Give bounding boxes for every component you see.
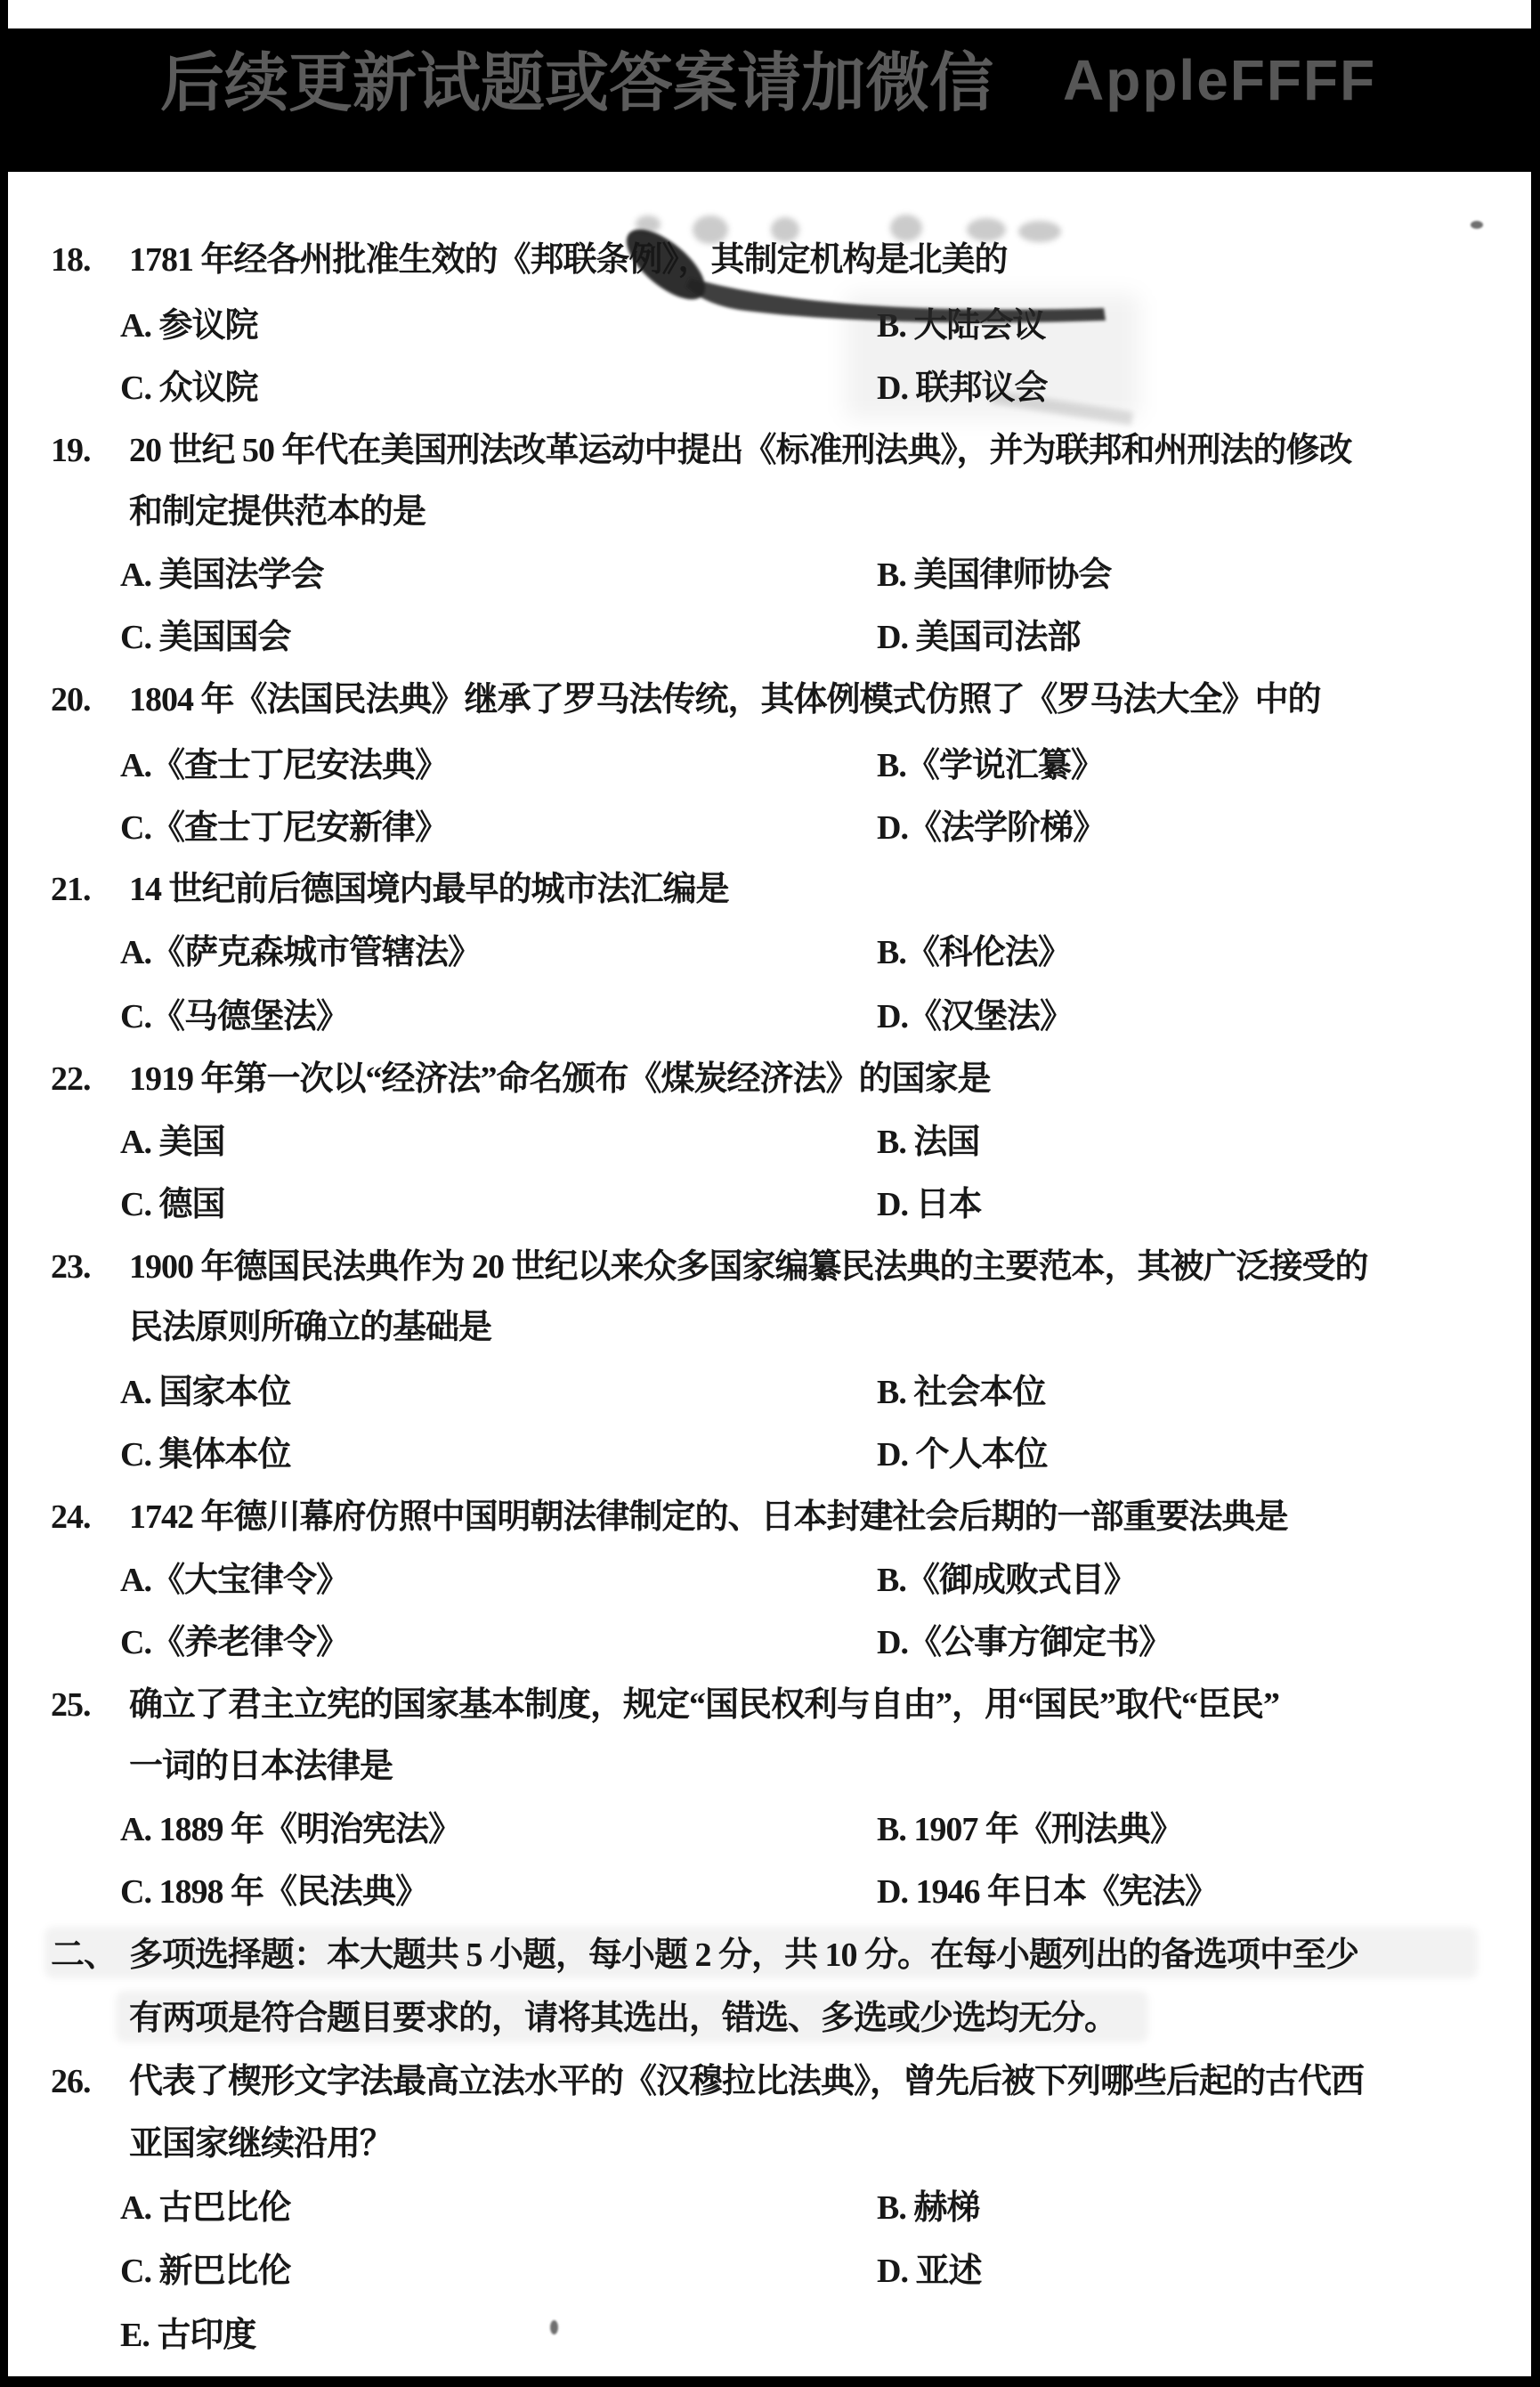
question-number: 18. [51,239,91,281]
option-row: A. 美国 B. 法国 [0,1121,1540,1165]
option-a: A.《萨克森城市管辖法》 [120,931,481,974]
option-row: A. 1889 年《明治宪法》 B. 1907 年《刑法典》 [0,1808,1540,1853]
section-heading: 二、 多项选择题：本大题共 5 小题，每小题 2 分，共 10 分。在每小题列出… [0,1934,1540,1978]
option-row: C. 新巴比伦 D. 亚述 [0,2250,1540,2294]
banner-notice-text: 后续更新试题或答案请加微信 [160,48,993,119]
option-d: D. 联邦议会 [877,367,1047,410]
option-d: D.《法学阶梯》 [877,807,1106,849]
option-b: B. 美国律师协会 [877,554,1111,597]
question-number: 26. [51,2060,91,2103]
section-text: 多项选择题：本大题共 5 小题，每小题 2 分，共 10 分。在每小题列出的备选… [129,1934,1358,1977]
option-row: E. 古印度 [0,2314,1540,2359]
option-a: A. 国家本位 [120,1371,290,1414]
question-number: 25. [51,1684,91,1726]
option-c: C. 1898 年《民法典》 [120,1871,428,1913]
option-c: C. 美国国会 [120,616,290,659]
question-text: 代表了楔形文字法最高立法水平的《汉穆拉比法典》，曾先后被下列哪些后起的古代西 [129,2060,1364,2103]
scanned-exam-page: { "banner": { "notice": "后续更新试题或答案请加微信",… [0,0,1540,2387]
question-text: 1742 年德川幕府仿照中国明朝法律制定的、日本封建社会后期的一部重要法典是 [129,1496,1288,1539]
question-line-continued: 和制定提供范本的是 [0,491,1540,535]
section-number: 二、 [51,1934,117,1977]
question-line: 22. 1919 年第一次以“经济法”命名颁布《煤炭经济法》的国家是 [0,1058,1540,1102]
option-row: C.《查士丁尼安新律》 D.《法学阶梯》 [0,807,1540,851]
option-d: D.《汉堡法》 [877,995,1073,1038]
question-line: 25. 确立了君主立宪的国家基本制度，规定“国民权利与自由”，用“国民”取代“臣… [0,1684,1540,1728]
question-text: 一词的日本法律是 [129,1745,393,1788]
question-line: 21. 14 世纪前后德国境内最早的城市法汇编是 [0,868,1540,913]
option-a: A. 古巴比伦 [120,2187,290,2229]
option-c: C. 众议院 [120,367,257,410]
question-text: 1919 年第一次以“经济法”命名颁布《煤炭经济法》的国家是 [129,1058,991,1100]
option-d: D. 1946 年日本《宪法》 [877,1871,1218,1913]
question-line-continued: 一词的日本法律是 [0,1745,1540,1790]
question-text: 1900 年德国民法典作为 20 世纪以来众多国家编纂民法典的主要范本，其被广泛… [129,1246,1368,1288]
option-d: D.《公事方御定书》 [877,1621,1171,1664]
option-b: B.《学说汇纂》 [877,744,1104,787]
watermark-banner: 后续更新试题或答案请加微信AppleFFFF [0,28,1540,172]
question-text: 20 世纪 50 年代在美国刑法改革运动中提出《标准刑法典》，并为联邦和州刑法的… [129,429,1352,472]
question-text: 确立了君主立宪的国家基本制度，规定“国民权利与自由”，用“国民”取代“臣民” [129,1684,1279,1726]
option-a: A. 1889 年《明治宪法》 [120,1808,461,1851]
option-b: B. 大陆会议 [877,304,1045,347]
option-a: A. 参议院 [120,304,257,347]
option-row: C.《养老律令》 D.《公事方御定书》 [0,1621,1540,1666]
option-c: C. 集体本位 [120,1433,290,1476]
option-d: D. 亚述 [877,2250,981,2293]
option-row: A. 国家本位 B. 社会本位 [0,1371,1540,1416]
question-line: 18. 1781 年经各州批准生效的《邦联条例》，其制定机构是北美的 [0,239,1540,283]
question-number: 21. [51,868,91,911]
option-b: B.《科伦法》 [877,931,1071,974]
question-text: 1781 年经各州批准生效的《邦联条例》，其制定机构是北美的 [129,239,1008,281]
question-line: 23. 1900 年德国民法典作为 20 世纪以来众多国家编纂民法典的主要范本，… [0,1246,1540,1290]
option-a: A.《大宝律令》 [120,1559,349,1602]
option-b: B. 社会本位 [877,1371,1045,1414]
option-row: A.《萨克森城市管辖法》 B.《科伦法》 [0,931,1540,976]
option-c: C. 德国 [120,1183,224,1226]
question-line: 24. 1742 年德川幕府仿照中国明朝法律制定的、日本封建社会后期的一部重要法… [0,1496,1540,1540]
question-text: 和制定提供范本的是 [129,491,426,533]
option-row: C. 德国 D. 日本 [0,1183,1540,1228]
option-c: C. 新巴比伦 [120,2250,290,2293]
scan-edge-bottom-bar [0,2376,1540,2387]
option-a: A. 美国法学会 [120,554,323,597]
option-row: A.《查士丁尼安法典》 B.《学说汇纂》 [0,744,1540,789]
option-c: C.《查士丁尼安新律》 [120,807,448,849]
question-line: 20. 1804 年《法国民法典》继承了罗马法传统，其体例模式仿照了《罗马法大全… [0,678,1540,723]
option-row: C. 美国国会 D. 美国司法部 [0,616,1540,661]
question-number: 19. [51,429,91,472]
question-number: 23. [51,1246,91,1288]
banner-wechat-id: AppleFFFF [1063,48,1376,112]
option-d: D. 美国司法部 [877,616,1080,659]
option-a: A.《查士丁尼安法典》 [120,744,448,787]
option-d: D. 个人本位 [877,1433,1047,1476]
option-d: D. 日本 [877,1183,981,1226]
question-line: 26. 代表了楔形文字法最高立法水平的《汉穆拉比法典》，曾先后被下列哪些后起的古… [0,2060,1540,2105]
option-row: C. 众议院 D. 联邦议会 [0,367,1540,411]
option-c: C.《养老律令》 [120,1621,349,1664]
option-row: A. 参议院 B. 大陆会议 [0,304,1540,349]
option-row: C. 集体本位 D. 个人本位 [0,1433,1540,1478]
section-heading-continued: 有两项是符合题目要求的，请将其选出，错选、多选或少选均无分。 [0,1997,1540,2042]
option-b: B.《御成败式目》 [877,1559,1137,1602]
question-text: 民法原则所确立的基础是 [129,1306,491,1349]
option-row: A. 美国法学会 B. 美国律师协会 [0,554,1540,598]
section-text: 有两项是符合题目要求的，请将其选出，错选、多选或少选均无分。 [129,1997,1117,2040]
watermark-banner-text: 后续更新试题或答案请加微信AppleFFFF [160,36,1376,128]
option-row: A.《大宝律令》 B.《御成败式目》 [0,1559,1540,1604]
scan-speck [1471,221,1483,229]
option-b: B. 1907 年《刑法典》 [877,1808,1183,1851]
option-row: C. 1898 年《民法典》 D. 1946 年日本《宪法》 [0,1871,1540,1915]
option-a: A. 美国 [120,1121,224,1164]
question-text: 14 世纪前后德国境内最早的城市法汇编是 [129,868,729,911]
question-text: 亚国家继续沿用？ [129,2123,393,2165]
question-text: 1804 年《法国民法典》继承了罗马法传统，其体例模式仿照了《罗马法大全》中的 [129,678,1321,721]
option-b: B. 法国 [877,1121,979,1164]
option-row: C.《马德堡法》 D.《汉堡法》 [0,995,1540,1040]
question-number: 22. [51,1058,91,1100]
question-line-continued: 亚国家继续沿用？ [0,2123,1540,2167]
question-number: 20. [51,678,91,721]
option-b: B. 赫梯 [877,2187,979,2229]
option-e: E. 古印度 [120,2314,255,2357]
question-number: 24. [51,1496,91,1539]
question-line-continued: 民法原则所确立的基础是 [0,1306,1540,1351]
option-row: A. 古巴比伦 B. 赫梯 [0,2187,1540,2231]
question-line: 19. 20 世纪 50 年代在美国刑法改革运动中提出《标准刑法典》，并为联邦和… [0,429,1540,474]
option-c: C.《马德堡法》 [120,995,349,1038]
